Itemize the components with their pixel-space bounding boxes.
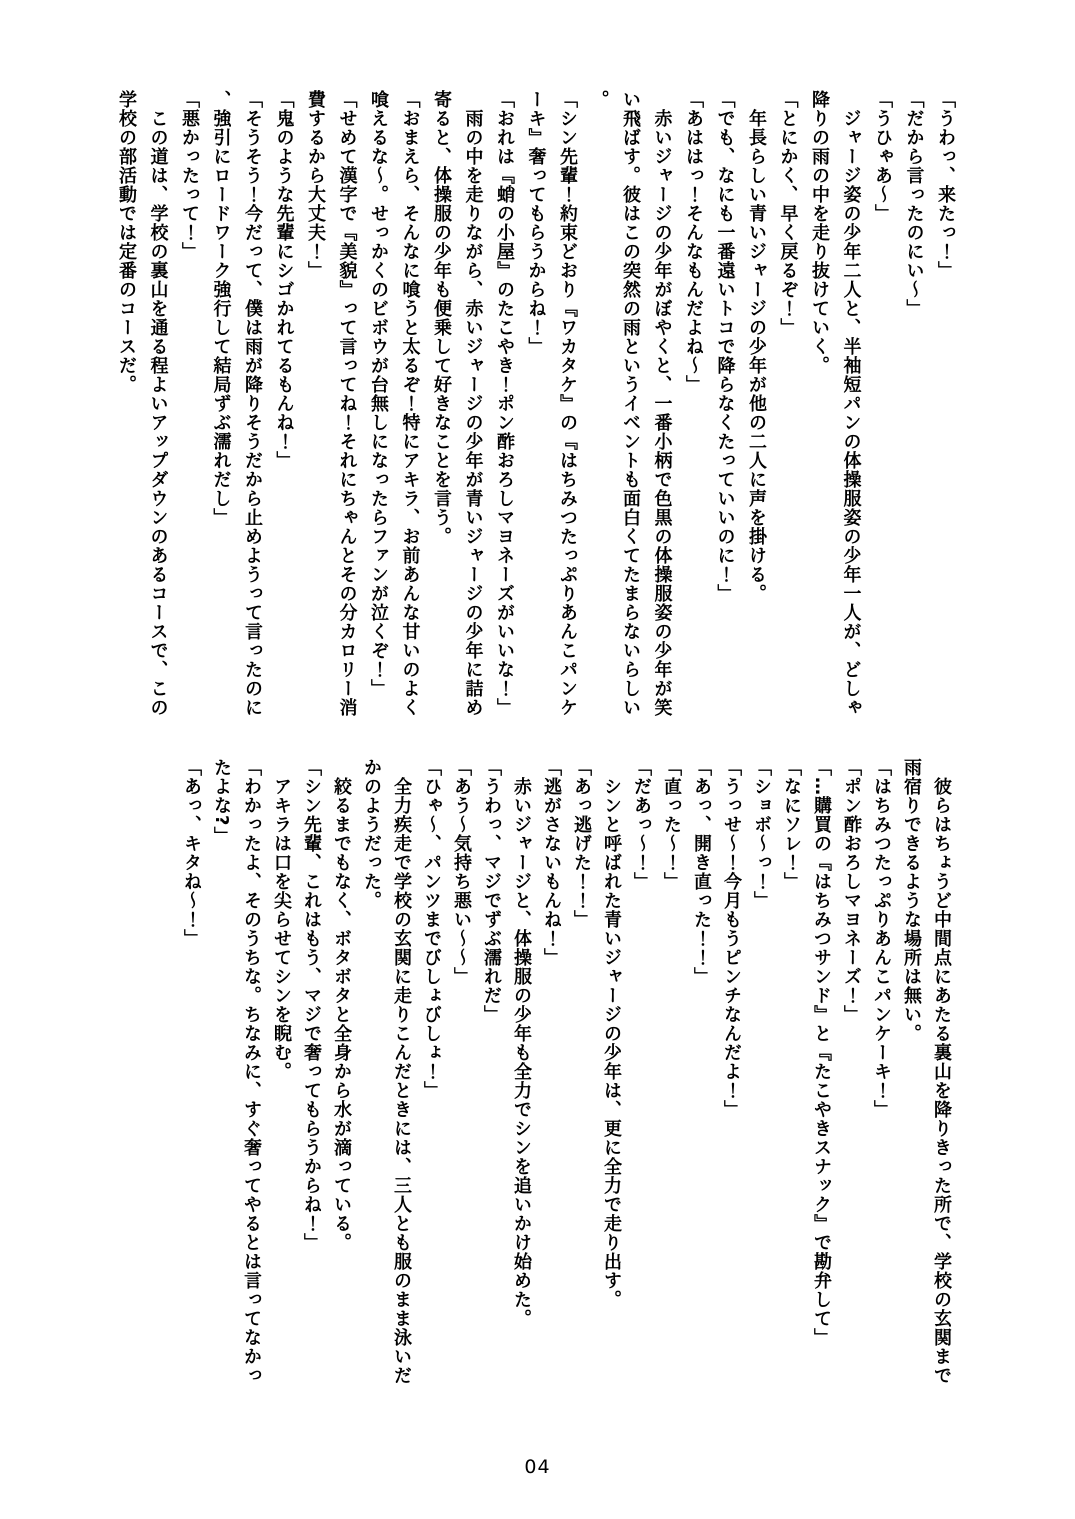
text-column: 年長らしい青いジャージの少年が他の二人に声を掛ける。 [741, 90, 773, 717]
text-column: 「鬼のような先輩にシゴかれてるもんね！」 [268, 90, 300, 717]
text-column: 「なにソレ！」 [776, 758, 806, 1385]
text-column: 「うわっ、マジでずぶ濡れだ」 [476, 758, 506, 1385]
text-column: 「だあっ～！」 [626, 758, 656, 1385]
text-column: 「そうそう！今だって、僕は雨が降りそうだから止めようって言ったのに [237, 90, 269, 717]
text-column: 「あははっ！そんなもんだよね～」 [678, 90, 710, 717]
text-column: 学校の部活動では定番のコースだ。 [111, 90, 143, 717]
text-column: 寄ると、体操服の少年も便乗して好きなことを言う。 [426, 90, 458, 717]
text-column: 「わかったよ、そのうちな。ちなみに、すぐ奢ってやるとは言ってなかっ [236, 758, 266, 1385]
text-column: 赤いジャージと、体操服の少年も全力でシンを追いかけ始めた。 [506, 758, 536, 1385]
text-column: 。 [583, 90, 615, 717]
text-column: 費するから大丈夫！」 [300, 90, 332, 717]
text-column: 「だから言ったのにい～」 [898, 90, 930, 717]
text-column: 「あっ逃げた！！」 [566, 758, 596, 1385]
text-column: 彼らはちょうど中間点にあたる裏山を降りきった所で、学校の玄関まで [926, 758, 956, 1385]
story-text-block-upper: 「うわっ、来たっ！」「だから言ったのにい～」「うひゃあ～」 ジャージ姿の少年二人… [111, 90, 962, 717]
text-column: 絞るまでもなく、ボタボタと全身から水が滴っている。 [326, 758, 356, 1385]
text-column: 「シン先輩、これはもう、マジで奢ってもらうからね！」 [296, 758, 326, 1385]
text-column: 「シン先輩！約束どおり『ワカタケ』の『はちみつたっぷりあんこパンケ [552, 90, 584, 717]
text-column: 雨の中を走りながら、赤いジャージの少年が青いジャージの少年に詰め [457, 90, 489, 717]
text-column: 雨宿りできるような場所は無い。 [896, 758, 926, 1385]
text-column: 「直った～！」 [656, 758, 686, 1385]
text-column: 、強引にロードワーク強行して結局ずぶ濡れだし」 [205, 90, 237, 717]
text-column: い飛ばす。彼はこの突然の雨というイベントも面白くてたまらないらしい [615, 90, 647, 717]
text-column: ジャージ姿の少年二人と、半袖短パンの体操服姿の少年一人が、どしゃ [835, 90, 867, 717]
text-column: 全力疾走で学校の玄関に走りこんだときには、三人とも服のまま泳いだ [386, 758, 416, 1385]
text-column: ーキ』奢ってもらうからね！」 [520, 90, 552, 717]
text-column: 「あう～気持ち悪い～～」 [446, 758, 476, 1385]
text-column: 「うわっ、来たっ！」 [930, 90, 962, 717]
text-column: 「ショボ～っ！」 [746, 758, 776, 1385]
text-column: 「ポン酢おろしマヨネーズ！」 [836, 758, 866, 1385]
text-column: 「はちみつたっぷりあんこパンケーキ！」 [866, 758, 896, 1385]
text-column: 「うひゃあ～」 [867, 90, 899, 717]
text-column: 「悪かったって！」 [174, 90, 206, 717]
text-column: 「ひゃ～、パンツまでびしょびしょ！」 [416, 758, 446, 1385]
text-column: 「とにかく、早く戻るぞ！」 [772, 90, 804, 717]
text-column: 「あっ、キタね～！」 [176, 758, 206, 1385]
story-text-block-lower: 彼らはちょうど中間点にあたる裏山を降りきった所で、学校の玄関まで雨宿りできるよう… [176, 758, 956, 1385]
page-number: 04 [0, 1456, 1075, 1478]
text-column: たよな?」 [206, 758, 236, 1385]
text-column: 「逃がさないもんね！」 [536, 758, 566, 1385]
text-column: シンと呼ばれた青いジャージの少年は、更に全力で走り出す。 [596, 758, 626, 1385]
text-column: 「せめて漢字で『美貌』って言ってね！それにちゃんとその分カロリー消 [331, 90, 363, 717]
text-column: アキラは口を尖らせてシンを睨む。 [266, 758, 296, 1385]
document-page: 「うわっ、来たっ！」「だから言ったのにい～」「うひゃあ～」 ジャージ姿の少年二人… [0, 0, 1075, 1519]
text-column: 「あっ、開き直った！！」 [686, 758, 716, 1385]
text-column: 「おまえら、そんなに喰うと太るぞ！特にアキラ、お前あんな甘いのよく [394, 90, 426, 717]
text-column: 降りの雨の中を走り抜けていく。 [804, 90, 836, 717]
text-column: 「でも、なにも一番遠いトコで降らなくたっていいのに！」 [709, 90, 741, 717]
text-column: 「うっせ～！今月もうピンチなんだよ！」 [716, 758, 746, 1385]
text-column: 「…購買の『はちみつサンド』と『たこやきスナック』で勘弁して」 [806, 758, 836, 1385]
text-column: 赤いジャージの少年がぼやくと、一番小柄で色黒の体操服姿の少年が笑 [646, 90, 678, 717]
text-column: かのようだった。 [356, 758, 386, 1385]
text-column: 「おれは『蛸の小屋』のたこやき！ポン酢おろしマヨネーズがいいな！」 [489, 90, 521, 717]
text-column: 喰えるな～。せっかくのビボウが台無しになったらファンが泣くぞ！」 [363, 90, 395, 717]
text-column: この道は、学校の裏山を通る程よいアップダウンのあるコースで、この [142, 90, 174, 717]
